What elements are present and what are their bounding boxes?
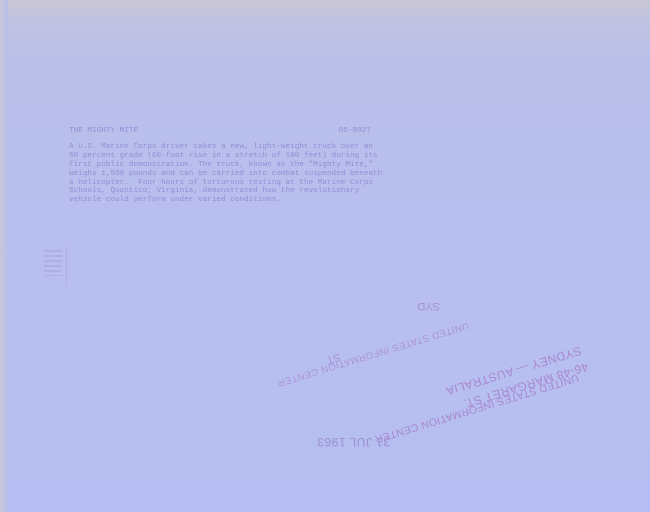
photo-back-paper: THE MIGHTY MITE 05-8927 A U.S. Marine Co… [0,0,650,512]
date-stamp: 31 JUL 1963 [317,435,390,449]
